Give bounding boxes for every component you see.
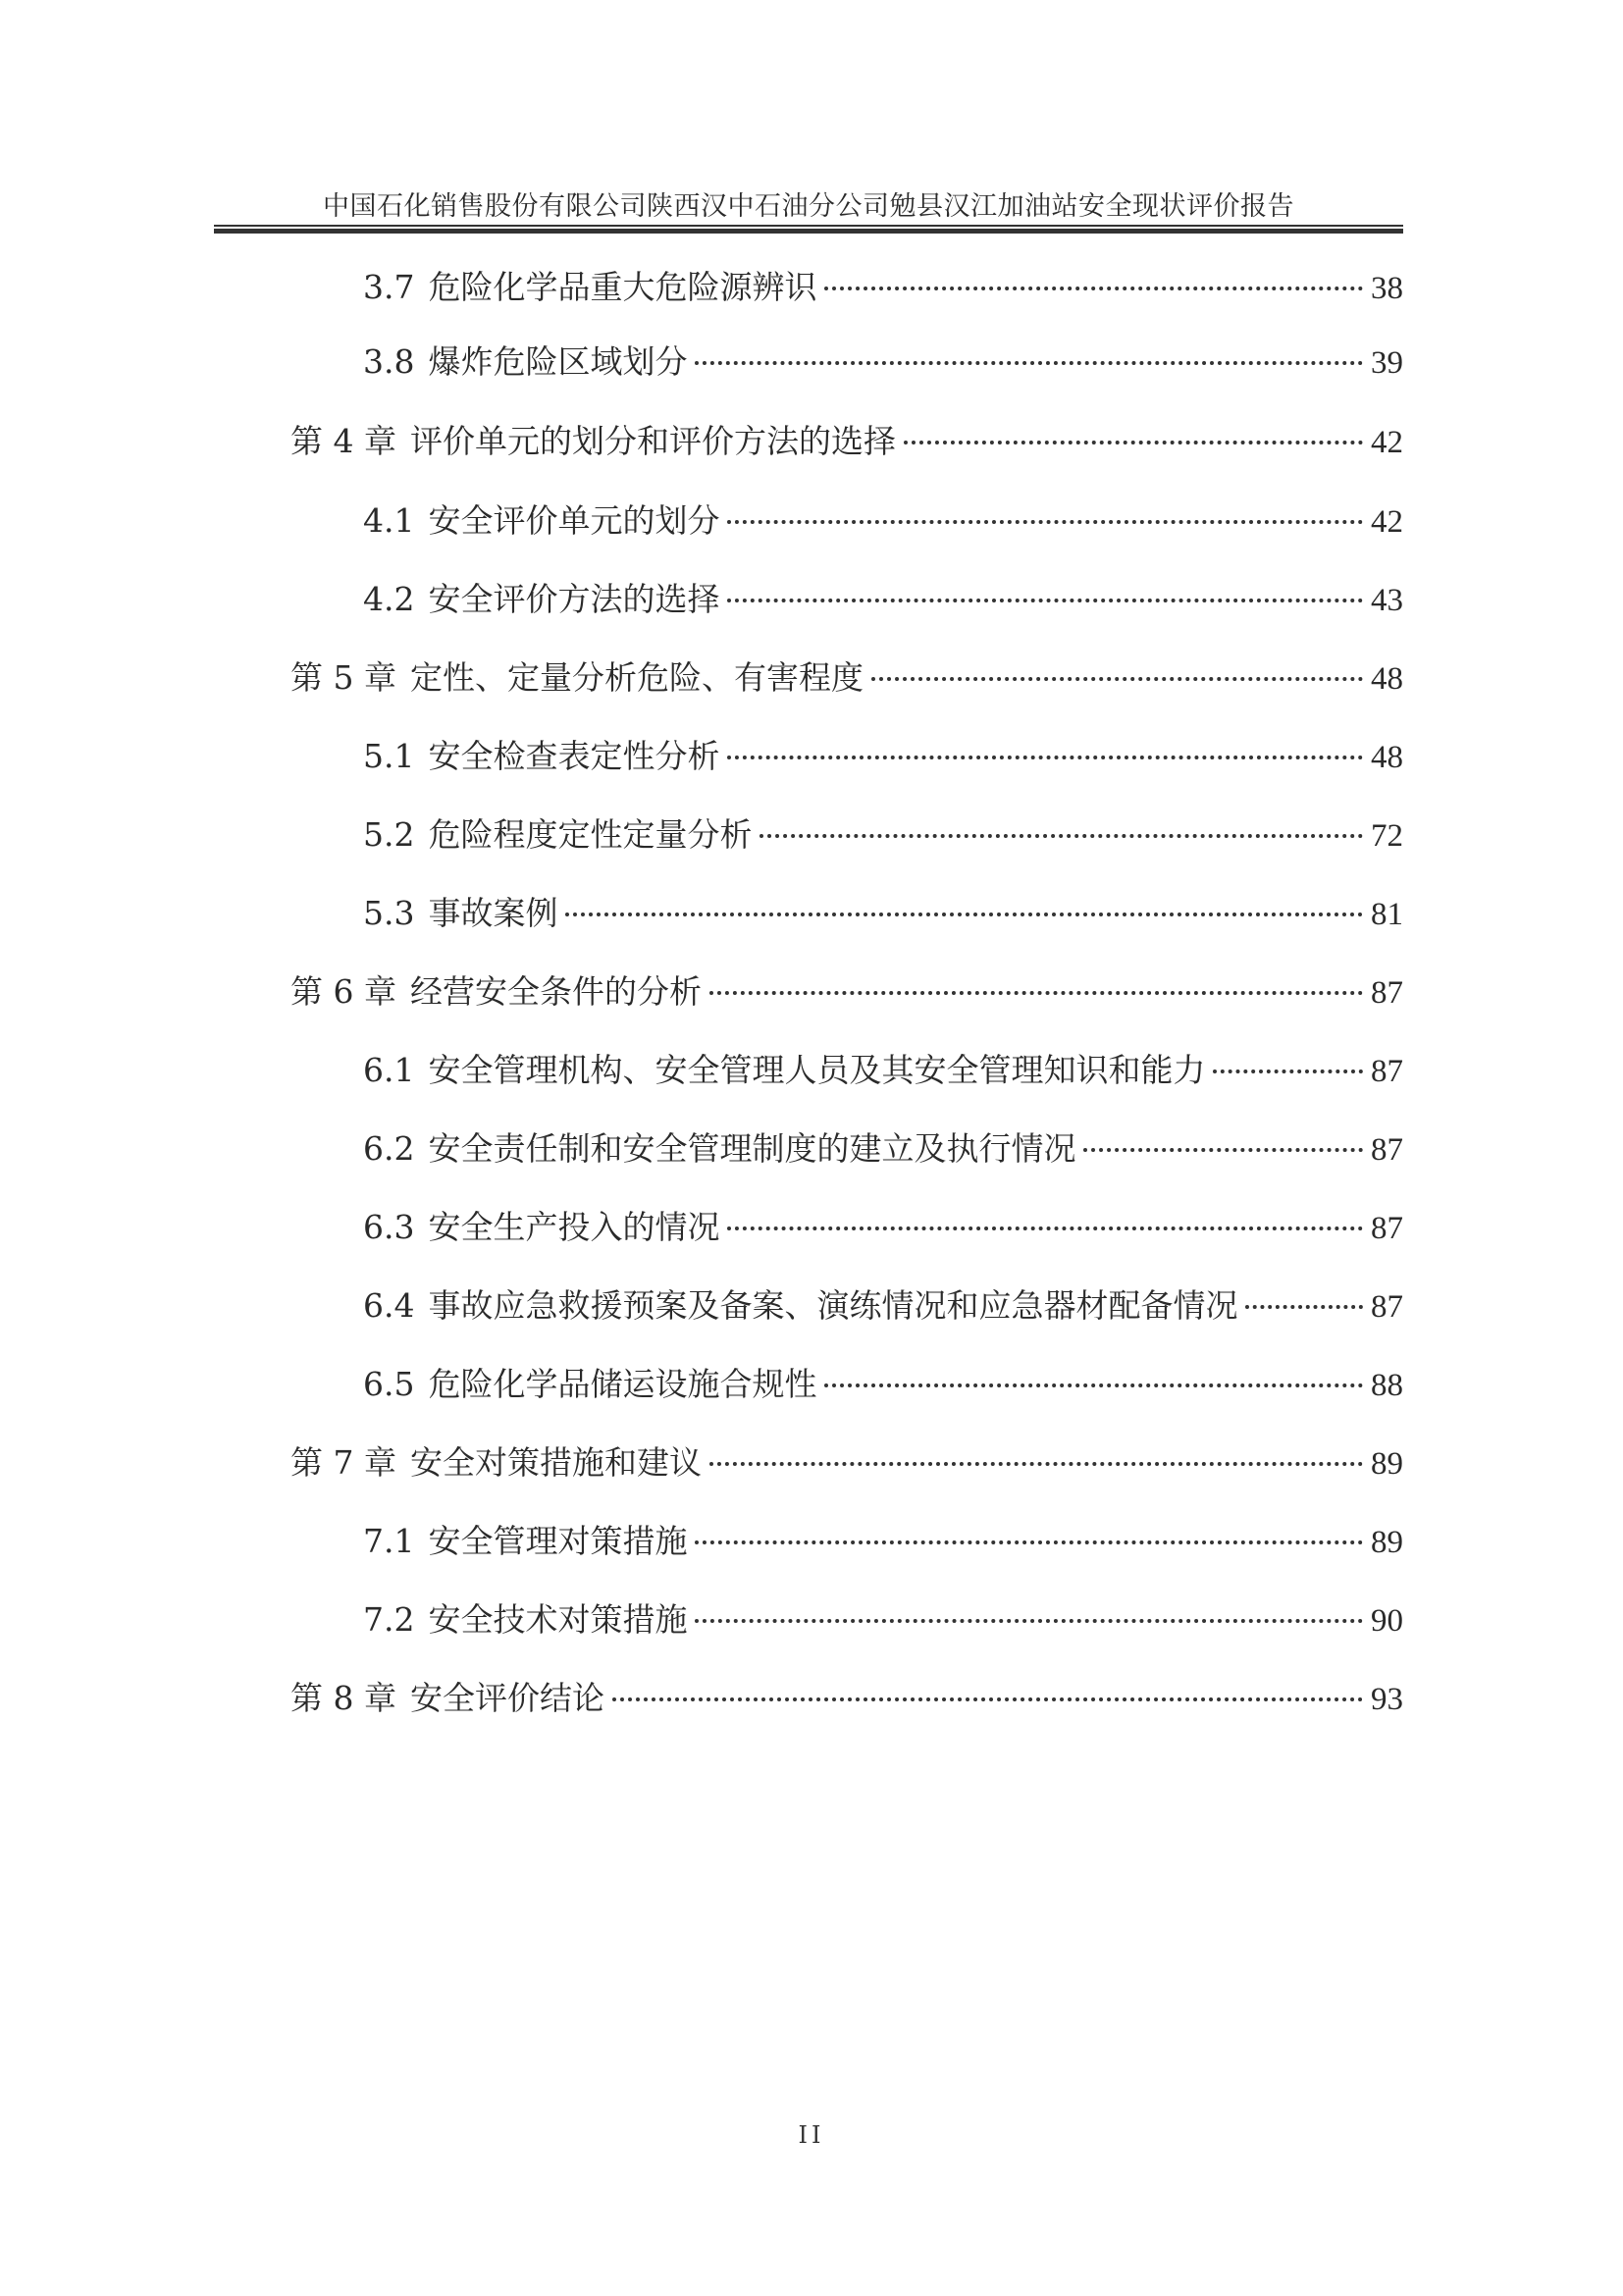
toc-entry-chapter[interactable]: 第 6 章 经营安全条件的分析 87	[290, 970, 1403, 1014]
rule-thick-line	[214, 229, 1403, 234]
toc-number: 5.3	[363, 892, 414, 935]
toc-entry[interactable]: 5.1 安全检查表定性分析 48	[363, 735, 1403, 778]
page-number: II	[0, 2121, 1623, 2149]
toc-page: 90	[1371, 1599, 1403, 1643]
toc-title: 安全评价结论	[410, 1677, 604, 1720]
dot-leader	[727, 520, 1363, 524]
toc-title: 危险化学品储运设施合规性	[428, 1363, 816, 1406]
dot-leader	[727, 1226, 1363, 1230]
dot-leader	[1083, 1148, 1363, 1152]
toc-title: 安全评价方法的选择	[428, 578, 719, 621]
toc-page: 72	[1371, 814, 1403, 858]
toc-title: 爆炸危险区域划分	[428, 340, 687, 384]
toc-number: 第 4 章	[290, 420, 396, 463]
toc-title: 定性、定量分析危险、有害程度	[410, 656, 864, 700]
toc-entry[interactable]: 6.5 危险化学品储运设施合规性 88	[363, 1363, 1403, 1406]
toc-page: 48	[1371, 736, 1403, 779]
toc-number: 第 6 章	[290, 970, 396, 1014]
toc-entry-chapter[interactable]: 第 4 章 评价单元的划分和评价方法的选择 42	[290, 420, 1403, 463]
toc-entry[interactable]: 4.2 安全评价方法的选择 43	[363, 578, 1403, 621]
toc-page: 87	[1371, 1128, 1403, 1172]
toc-number: 6.5	[363, 1363, 414, 1406]
dot-leader	[612, 1697, 1363, 1701]
toc-number: 4.2	[363, 578, 414, 621]
toc-title: 安全对策措施和建议	[410, 1441, 702, 1485]
dot-leader	[759, 834, 1363, 838]
toc-page: 39	[1371, 341, 1403, 385]
toc-title: 经营安全条件的分析	[410, 970, 702, 1014]
toc-number: 第 7 章	[290, 1441, 396, 1485]
toc-title: 安全管理对策措施	[428, 1520, 687, 1563]
dot-leader	[565, 913, 1363, 916]
dot-leader	[871, 677, 1363, 681]
toc-entry[interactable]: 7.1 安全管理对策措施 89	[363, 1520, 1403, 1563]
toc-number: 4.1	[363, 499, 414, 543]
toc-title: 安全生产投入的情况	[428, 1206, 719, 1249]
toc-number: 6.3	[363, 1206, 414, 1249]
toc-number: 7.1	[363, 1520, 414, 1563]
toc-page: 87	[1371, 971, 1403, 1015]
toc-number: 5.1	[363, 735, 414, 778]
toc-page: 48	[1371, 657, 1403, 701]
toc-title: 安全责任制和安全管理制度的建立及执行情况	[428, 1127, 1075, 1171]
toc-page: 89	[1371, 1442, 1403, 1486]
toc-page: 93	[1371, 1678, 1403, 1721]
toc-title: 危险化学品重大危险源辨识	[428, 266, 816, 309]
dot-leader	[1213, 1070, 1363, 1073]
toc-number: 第 5 章	[290, 656, 396, 700]
toc-entry[interactable]: 3.7 危险化学品重大危险源辨识 38	[363, 266, 1403, 309]
toc-page: 38	[1371, 267, 1403, 310]
toc-entry[interactable]: 6.2 安全责任制和安全管理制度的建立及执行情况 87	[363, 1127, 1403, 1171]
dot-leader	[695, 361, 1363, 365]
toc-page: 89	[1371, 1521, 1403, 1564]
header-double-rule	[214, 225, 1403, 234]
dot-leader	[727, 599, 1363, 602]
running-header: 中国石化销售股份有限公司陕西汉中石油分公司勉县汉江加油站安全现状评价报告	[214, 184, 1403, 223]
toc-number: 6.2	[363, 1127, 414, 1171]
dot-leader	[709, 991, 1363, 995]
toc-title: 评价单元的划分和评价方法的选择	[410, 420, 896, 463]
toc-entry[interactable]: 6.3 安全生产投入的情况 87	[363, 1206, 1403, 1249]
toc-title: 事故应急救援预案及备案、演练情况和应急器材配备情况	[428, 1284, 1237, 1328]
toc-title: 安全检查表定性分析	[428, 735, 719, 778]
toc-page: 87	[1371, 1285, 1403, 1329]
dot-leader	[695, 1619, 1363, 1623]
toc-page: 43	[1371, 579, 1403, 622]
dot-leader	[1245, 1305, 1363, 1309]
toc-title: 事故案例	[428, 892, 557, 935]
dot-leader	[709, 1462, 1363, 1466]
toc-entry[interactable]: 7.2 安全技术对策措施 90	[363, 1598, 1403, 1642]
toc-title: 安全评价单元的划分	[428, 499, 719, 543]
dot-leader	[727, 756, 1363, 759]
toc-title: 安全技术对策措施	[428, 1598, 687, 1642]
toc-page: 42	[1371, 500, 1403, 544]
toc-entry-chapter[interactable]: 第 7 章 安全对策措施和建议 89	[290, 1441, 1403, 1485]
toc-entry[interactable]: 6.1 安全管理机构、安全管理人员及其安全管理知识和能力 87	[363, 1049, 1403, 1092]
dot-leader	[824, 287, 1363, 290]
toc-number: 3.8	[363, 340, 414, 384]
toc-number: 7.2	[363, 1598, 414, 1642]
toc-entry[interactable]: 3.8 爆炸危险区域划分 39	[363, 340, 1403, 384]
toc-page: 88	[1371, 1364, 1403, 1407]
toc-entry[interactable]: 5.2 危险程度定性定量分析 72	[363, 813, 1403, 857]
toc-entry-chapter[interactable]: 第 5 章 定性、定量分析危险、有害程度 48	[290, 656, 1403, 700]
toc-entry[interactable]: 5.3 事故案例 81	[363, 892, 1403, 935]
toc-number: 6.1	[363, 1049, 414, 1092]
toc-entry-chapter[interactable]: 第 8 章 安全评价结论 93	[290, 1677, 1403, 1720]
toc-page: 42	[1371, 421, 1403, 464]
dot-leader	[824, 1383, 1363, 1387]
toc-title: 危险程度定性定量分析	[428, 813, 752, 857]
toc-number: 6.4	[363, 1284, 414, 1328]
toc-number: 3.7	[363, 266, 414, 309]
toc-page: 81	[1371, 893, 1403, 936]
toc-entry[interactable]: 6.4 事故应急救援预案及备案、演练情况和应急器材配备情况 87	[363, 1284, 1403, 1328]
toc-number: 第 8 章	[290, 1677, 396, 1720]
dot-leader	[695, 1540, 1363, 1544]
dot-leader	[904, 441, 1363, 444]
toc-entry[interactable]: 4.1 安全评价单元的划分 42	[363, 499, 1403, 543]
toc-title: 安全管理机构、安全管理人员及其安全管理知识和能力	[428, 1049, 1205, 1092]
toc-page: 87	[1371, 1050, 1403, 1093]
toc-page: 87	[1371, 1207, 1403, 1250]
toc-number: 5.2	[363, 813, 414, 857]
